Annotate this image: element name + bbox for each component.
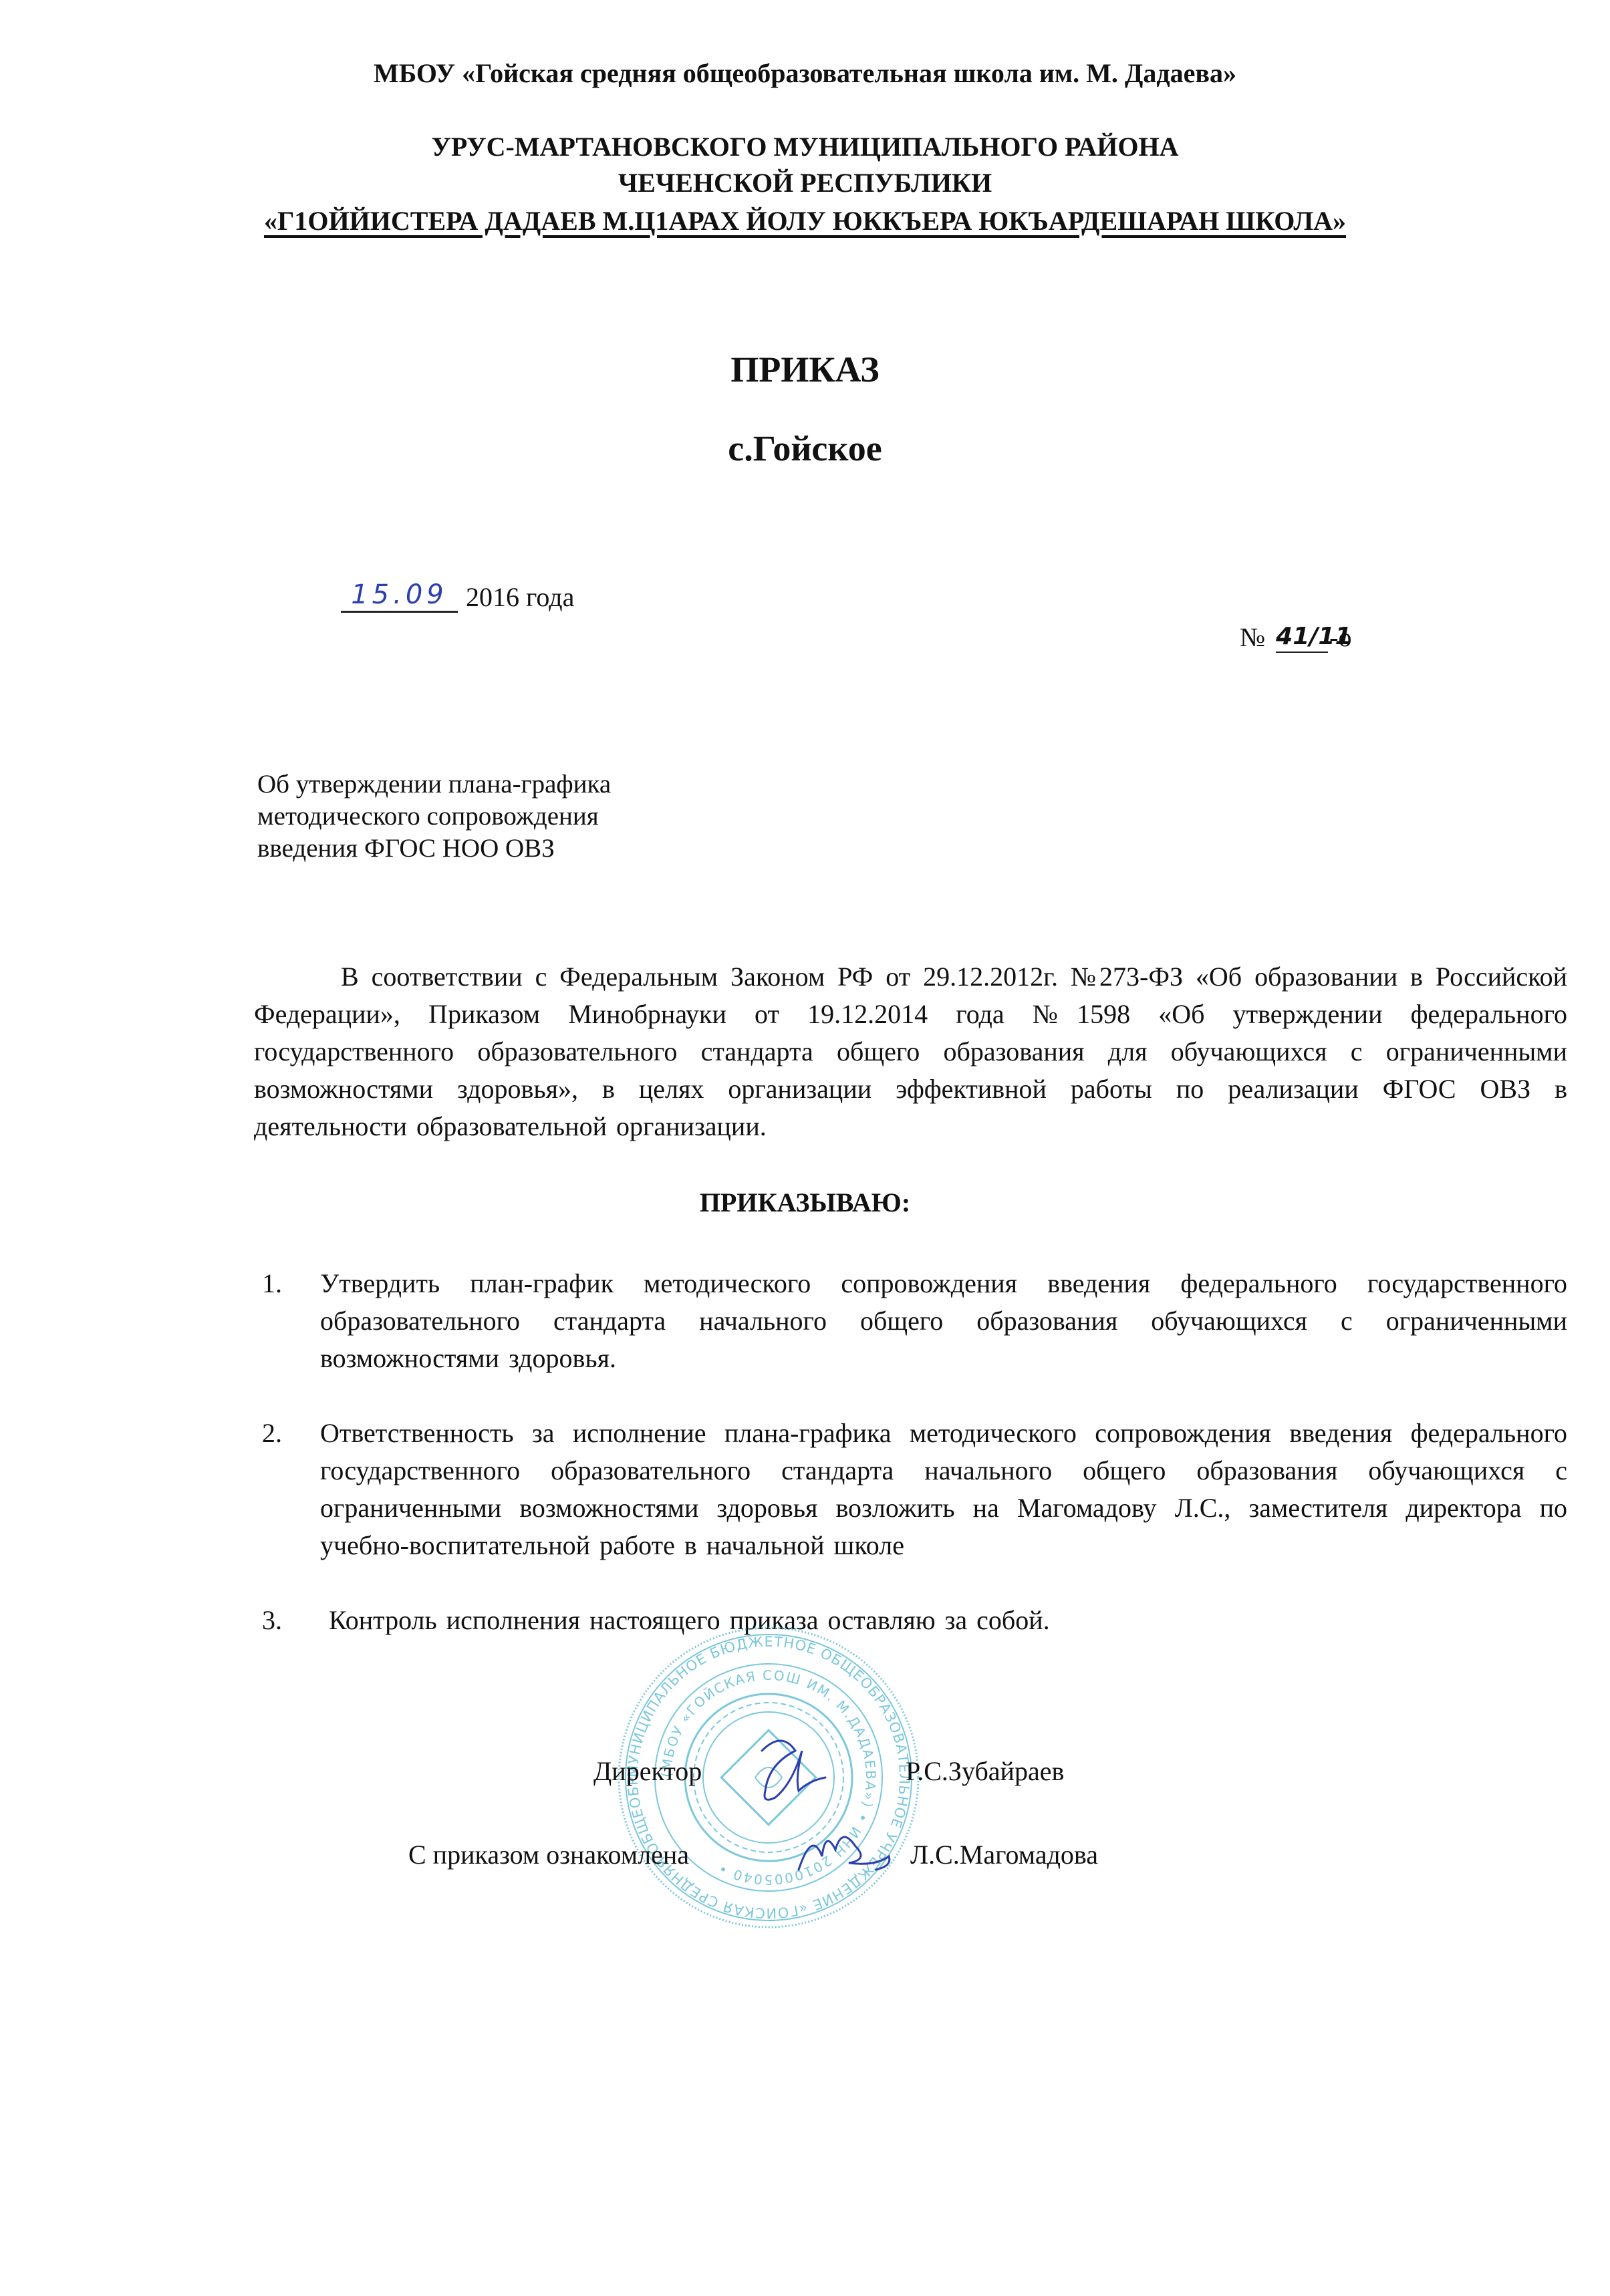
handwritten-date: 15.09 (341, 580, 458, 613)
school-name-chechen-text: «Г1ОЙЙИСТЕРА ДАДАЕВ М.Ц1АРАХ ЙОЛУ ЮККЪЕР… (264, 206, 1346, 236)
order-item: 1. Утвердить план-график методического с… (254, 1265, 1567, 1377)
district-header: УРУС-МАРТАНОВСКОГО МУНИЦИПАЛЬНОГО РАЙОНА (0, 134, 1610, 160)
item-number: 2. (254, 1415, 320, 1564)
order-directive-heading: ПРИКАЗЫВАЮ: (0, 1187, 1610, 1218)
document-title: ПРИКАЗ (0, 349, 1610, 390)
document-place: с.Гойское (0, 428, 1610, 469)
acknowledged-label: С приказом ознакомлена (408, 1839, 689, 1870)
document-date: 15.09 2016 года (341, 580, 574, 613)
director-label: Директор (593, 1755, 702, 1787)
order-item: 2. Ответственность за исполнение плана-г… (254, 1415, 1567, 1564)
item-text: Утвердить план-график методического сопр… (320, 1265, 1567, 1377)
number-suffix: -о (1329, 621, 1351, 653)
date-year: 2016 года (466, 581, 574, 613)
school-name-chechen-header: «Г1ОЙЙИСТЕРА ДАДАЕВ М.Ц1АРАХ ЙОЛУ ЮККЪЕР… (0, 208, 1610, 235)
order-items-list: 1. Утвердить план-график методического с… (254, 1265, 1567, 1677)
handwritten-number: 41/11 (1276, 622, 1328, 653)
item-number: 3. (254, 1602, 329, 1639)
item-text: Ответственность за исполнение плана-граф… (320, 1415, 1567, 1564)
document-number: № 41/11 -о (1240, 621, 1352, 653)
order-subject: Об утверждении плана-графика методическо… (257, 768, 792, 865)
acknowledgment-signature-icon (792, 1830, 912, 1883)
director-name: Р.С.Зубайраев (906, 1755, 1064, 1787)
republic-header: ЧЕЧЕНСКОЙ РЕСПУБЛИКИ (0, 170, 1610, 196)
school-name-header: МБОУ «Гойская средняя общеобразовательна… (0, 60, 1610, 87)
number-sign: № (1240, 621, 1265, 653)
item-number: 1. (254, 1265, 320, 1377)
preamble-paragraph: В соответствии с Федеральным Законом РФ … (254, 958, 1567, 1145)
subject-line: введения ФГОС НОО ОВЗ (257, 833, 792, 865)
subject-line: Об утверждении плана-графика (257, 768, 792, 801)
subject-line: методического сопровождения (257, 801, 792, 833)
acknowledged-name: Л.С.Магомадова (910, 1839, 1098, 1870)
director-signature-icon (735, 1731, 849, 1811)
item-text: Контроль исполнения настоящего приказа о… (329, 1602, 1567, 1639)
